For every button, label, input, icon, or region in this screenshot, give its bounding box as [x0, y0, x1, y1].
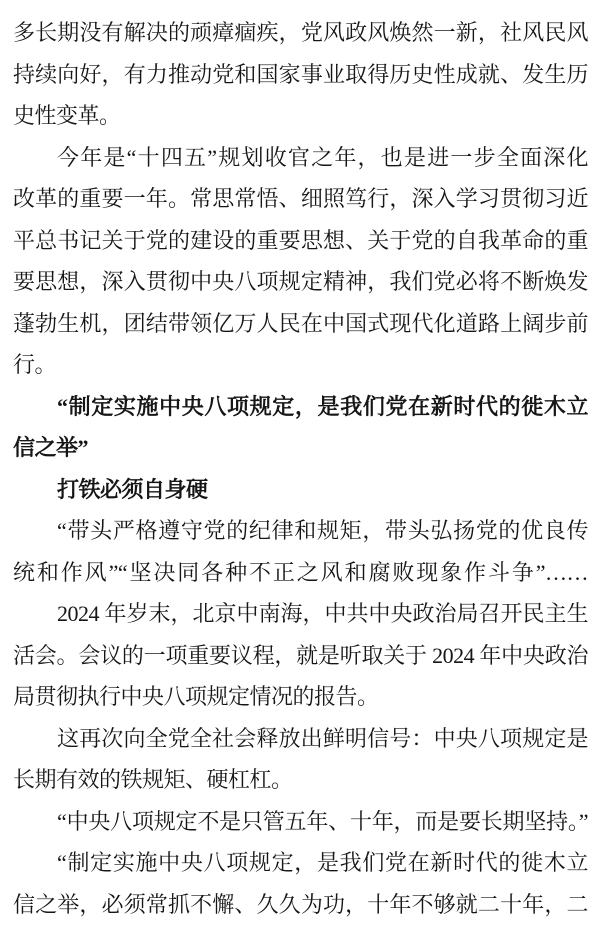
heading-quote-line: 信之举”: [13, 427, 588, 469]
text-line: 这再次向全党全社会释放出鲜明信号：中央八项规定是: [13, 718, 588, 760]
document-page: { "page": { "background_color": "#ffffff…: [0, 0, 600, 937]
text-line: 信之举，必须常抓不懈、久久为功，十年不够就二十年，二: [13, 884, 588, 926]
text-line: 要思想，深入贯彻中央八项规定精神，我们党必将不断焕发: [13, 261, 588, 303]
text-line: 局贯彻执行中央八项规定情况的报告。: [13, 676, 588, 718]
text-line: 行。: [13, 344, 588, 386]
text-line: 蓬勃生机，团结带领亿万人民在中国式现代化道路上阔步前: [13, 303, 588, 345]
text-line: 持续向好，有力推动党和国家事业取得历史性成就、发生历: [13, 54, 588, 96]
text-line: 统和作风”“坚决同各种不正之风和腐败现象作斗争”……: [13, 552, 588, 594]
text-line: 改革的重要一年。常思常悟、细照笃行，深入学习贯彻习近: [13, 178, 588, 220]
section-heading: 打铁必须自身硬: [13, 469, 588, 511]
text-line: 平总书记关于党的建设的重要思想、关于党的自我革命的重: [13, 220, 588, 262]
text-line: 2024 年岁末，北京中南海，中共中央政治局召开民主生: [13, 593, 588, 635]
text-line: 多长期没有解决的顽瘴痼疾，党风政风焕然一新，社风民风: [13, 12, 588, 54]
text-line: 史性变革。: [13, 95, 588, 137]
text-line: 今年是“十四五”规划收官之年，也是进一步全面深化: [13, 137, 588, 179]
text-line: “制定实施中央八项规定，是我们党在新时代的徙木立: [13, 842, 588, 884]
text-line: “带头严格遵守党的纪律和规矩，带头弘扬党的优良传: [13, 510, 588, 552]
article-text-page: 多长期没有解决的顽瘴痼疾，党风政风焕然一新，社风民风 持续向好，有力推动党和国家…: [0, 0, 600, 937]
text-line: “中央八项规定不是只管五年、十年，而是要长期坚持。”: [13, 801, 588, 843]
text-line: 长期有效的铁规矩、硬杠杠。: [13, 759, 588, 801]
text-line: 活会。会议的一项重要议程，就是听取关于 2024 年中央政治: [13, 635, 588, 677]
heading-quote-line: “制定实施中央八项规定，是我们党在新时代的徙木立: [13, 386, 588, 428]
